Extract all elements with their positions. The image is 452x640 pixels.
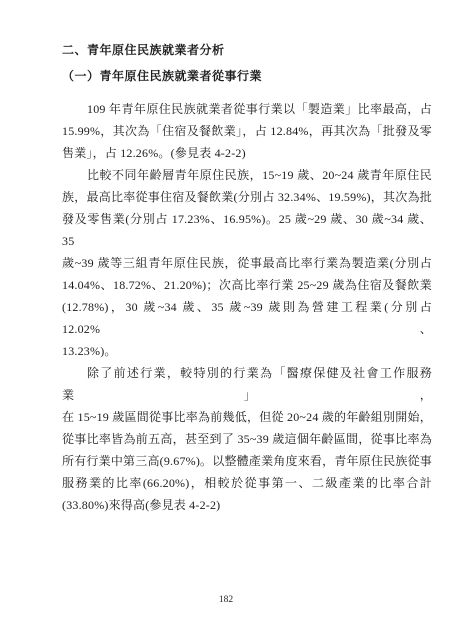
paragraph-line: 109 年青年原住民族就業者從事行業以「製造業」比率最高，占 [62, 98, 432, 120]
paragraph-line: 14.04%、18.72%、21.20%)；次高比率行業 25~29 歲為住宿及… [62, 274, 432, 296]
paragraph-line: 歲~39 歲等三組青年原住民族，從事最高比率行業為製造業(分別占 [62, 252, 432, 274]
paragraph-line: 所有行業中第三高(9.67%)。以整體產業角度來看，青年原住民族從事 [62, 450, 432, 472]
paragraph-line: (33.80%)來得高(參見表 4-2-2) [62, 494, 432, 516]
paragraph-line: 13.23%)。 [62, 340, 432, 362]
paragraph-industry-overview: 109 年青年原住民族就業者從事行業以「製造業」比率最高，占15.99%，其次為… [62, 98, 432, 164]
paragraph-line: 族，最高比率從事住宿及餐飲業(分別占 32.34%、19.59%)，其次為批 [62, 186, 432, 208]
paragraph-line: 在 15~19 歲區間從事比率為前幾低，但從 20~24 歲的年齡組別開始， [62, 406, 432, 428]
paragraph-line: (12.78%)，30 歲~34 歲、35 歲~39 歲則為營建工程業(分別占 … [62, 296, 432, 340]
paragraph-line: 除了前述行業，較特別的行業為「醫療保健及社會工作服務業」， [62, 362, 432, 406]
paragraph-age-group-comparison: 比較不同年齡層青年原住民族，15~19 歲、20~24 歲青年原住民族，最高比率… [62, 164, 432, 362]
body-text: 109 年青年原住民族就業者從事行業以「製造業」比率最高，占15.99%，其次為… [62, 98, 432, 516]
paragraph-line: 從事比率皆為前五高，甚至到了 35~39 歲這個年齡區間，從事比率為 [62, 428, 432, 450]
paragraph-line: 比較不同年齡層青年原住民族，15~19 歲、20~24 歲青年原住民 [62, 164, 432, 186]
section-heading: 二、青年原住民族就業者分析 [62, 42, 432, 59]
paragraph-line: 發及零售業(分別占 17.23%、16.95%)。25 歲~29 歲、30 歲~… [62, 208, 432, 252]
subsection-heading: （一）青年原住民族就業者從事行業 [62, 68, 432, 85]
paragraph-line: 15.99%，其次為「住宿及餐飲業」，占 12.84%，再其次為「批發及零 [62, 120, 432, 142]
page-content: 二、青年原住民族就業者分析 （一）青年原住民族就業者從事行業 109 年青年原住… [62, 42, 432, 516]
paragraph-special-industries: 除了前述行業，較特別的行業為「醫療保健及社會工作服務業」，在 15~19 歲區間… [62, 362, 432, 516]
page-number: 182 [0, 594, 452, 607]
paragraph-line: 服務業的比率(66.20%)，相較於從事第一、二級產業的比率合計 [62, 472, 432, 494]
paragraph-line: 售業」，占 12.26%。(參見表 4-2-2) [62, 142, 432, 164]
document-page: 二、青年原住民族就業者分析 （一）青年原住民族就業者從事行業 109 年青年原住… [0, 0, 452, 640]
